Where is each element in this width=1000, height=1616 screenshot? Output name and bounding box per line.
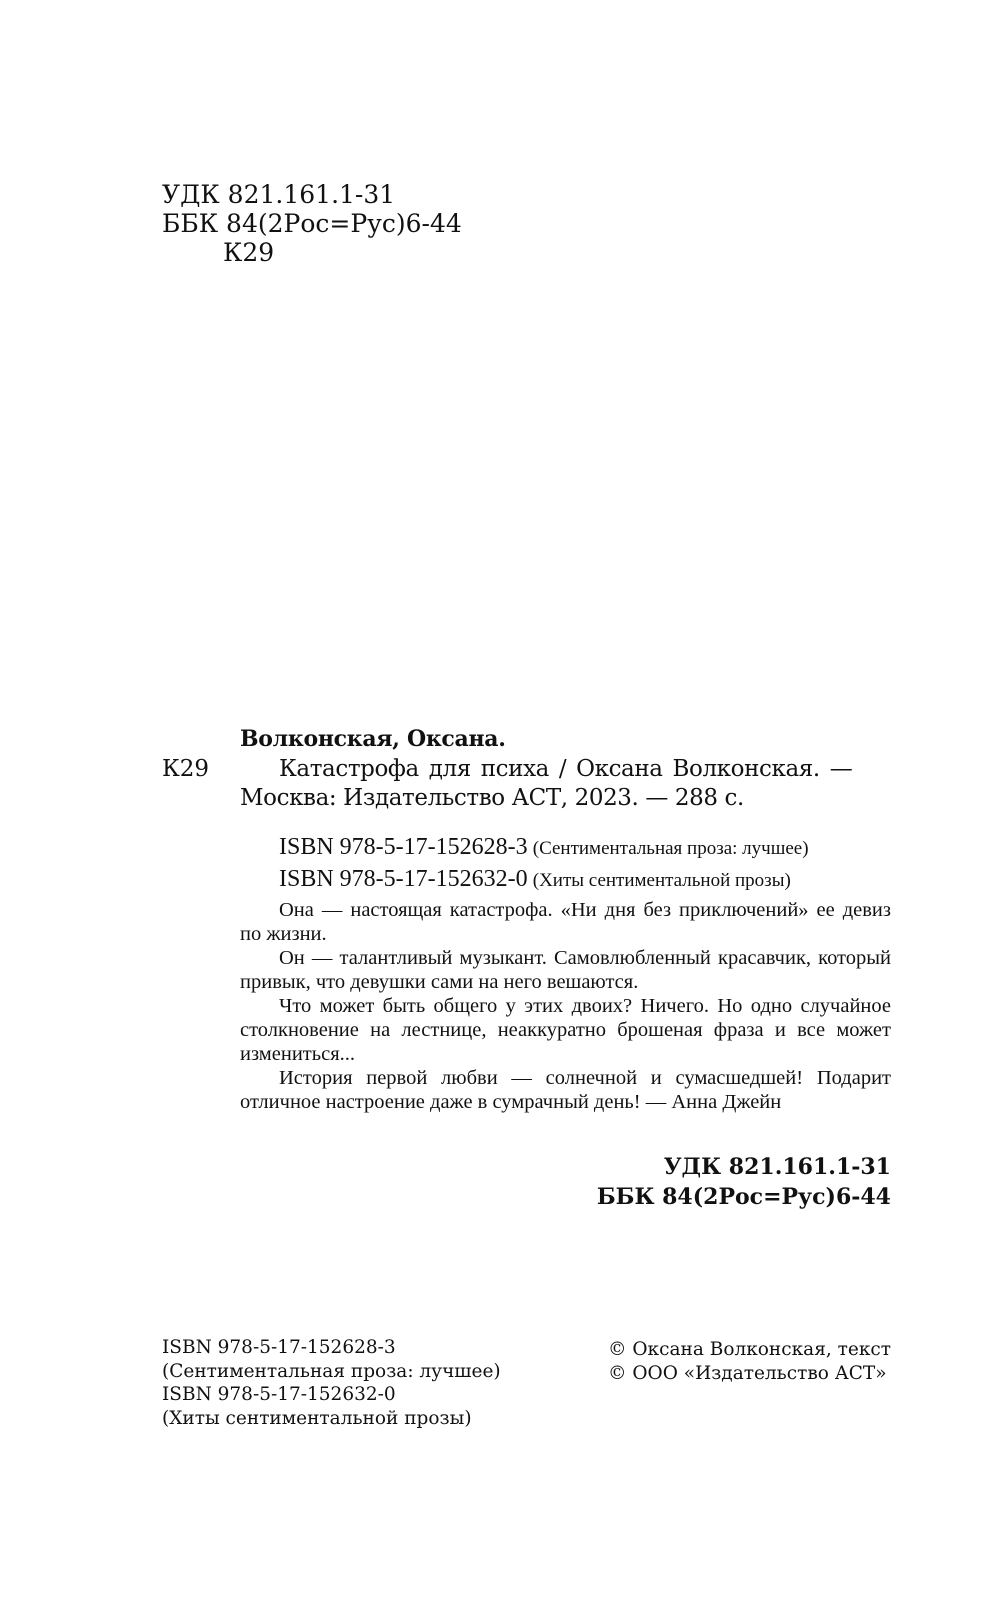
annotation-paragraph: История первой любви — солнечной и сумас…	[240, 1066, 891, 1114]
annotation-paragraph: Он — талантливый музыкант. Самовлюбленны…	[240, 946, 891, 994]
annotation: Она — настоящая катастрофа. «Ни дня без …	[240, 898, 891, 1114]
card-author-mark: К29	[162, 755, 209, 784]
author-mark: К29	[162, 238, 462, 267]
isbn-number: ISBN 978-5-17-152632-0	[279, 866, 528, 892]
card-bbk: ББК 84(2Рос=Рус)6-44	[597, 1182, 891, 1212]
card-imprint: Москва: Издательство АСТ, 2023. — 288 с.	[240, 784, 744, 813]
isbn-number: ISBN 978-5-17-152628-3	[279, 834, 528, 860]
bottom-isbn-line: (Сентиментальная проза: лучшее)	[162, 1360, 501, 1384]
bottom-isbn-block: ISBN 978-5-17-152628-3 (Сентиментальная …	[162, 1336, 501, 1430]
isbn-series: (Сентиментальная проза: лучшее)	[533, 838, 809, 859]
udk-code: УДК 821.161.1-31	[162, 180, 462, 209]
copyright-block: © Оксана Волконская, текст © ООО «Издате…	[608, 1338, 891, 1385]
bottom-isbn-line: (Хиты сентиментальной прозы)	[162, 1407, 501, 1431]
card-classification: УДК 821.161.1-31 ББК 84(2Рос=Рус)6-44	[597, 1152, 891, 1212]
card-isbn-row: ISBN 978-5-17-152628-3 (Сентиментальная …	[279, 832, 809, 864]
card-isbn-row: ISBN 978-5-17-152632-0 (Хиты сентиментал…	[279, 864, 809, 896]
bottom-isbn-line: ISBN 978-5-17-152628-3	[162, 1336, 501, 1360]
isbn-series: (Хиты сентиментальной прозы)	[533, 870, 791, 891]
card-udk: УДК 821.161.1-31	[597, 1152, 891, 1182]
annotation-paragraph: Она — настоящая катастрофа. «Ни дня без …	[240, 898, 891, 946]
card-title-line: Катастрофа для психа / Оксана Волконская…	[279, 755, 891, 784]
card-isbn-list: ISBN 978-5-17-152628-3 (Сентиментальная …	[279, 832, 809, 896]
copyright-line: © Оксана Волконская, текст	[608, 1338, 891, 1362]
bottom-isbn-line: ISBN 978-5-17-152632-0	[162, 1383, 501, 1407]
annotation-paragraph: Что может быть общего у этих двоих? Ниче…	[240, 994, 891, 1066]
top-classification: УДК 821.161.1-31 ББК 84(2Рос=Рус)6-44 К2…	[162, 180, 462, 267]
copyright-line: © ООО «Издательство АСТ»	[608, 1362, 891, 1386]
card-author: Волконская, Оксана.	[240, 725, 506, 754]
bbk-code: ББК 84(2Рос=Рус)6-44	[162, 209, 462, 238]
